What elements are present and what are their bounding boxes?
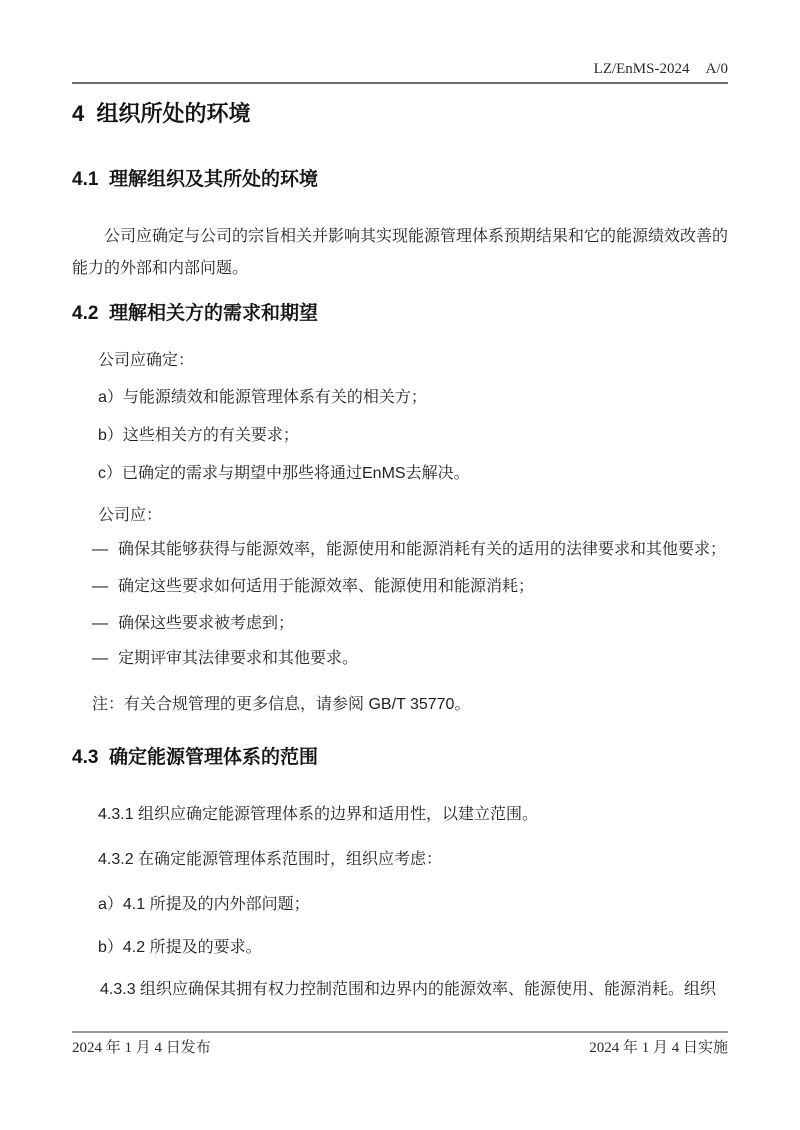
dash-bullet-icon: — [92,608,118,640]
header-divider [72,82,728,84]
dash-list-item: — 确保这些要求被考虑到； [72,608,728,640]
document-revision: A/0 [706,61,729,77]
list-item: a）与能源绩效和能源管理体系有关的相关方； [72,382,728,414]
document-page: LZ/EnMS-2024A/0 4 组织所处的环境 4.1 理解组织及其所处的环… [0,0,800,1130]
dash-item-text: 确保这些要求被考虑到； [118,608,294,640]
intro-line: 公司应： [72,500,728,532]
note-line: 注：有关合规管理的更多信息，请参阅 GB/T 35770。 [72,689,728,721]
paragraph-4-3-3: 4.3.3 组织应确保其拥有权力控制范围和边界内的能源效率、能源使用、能源消耗。… [72,974,728,1006]
dash-bullet-icon: — [92,534,118,566]
dash-bullet-icon: — [92,643,118,675]
intro-line: 公司应确定： [72,345,728,377]
document-body: 4 组织所处的环境 4.1 理解组织及其所处的环境 公司应确定与公司的宗旨相关并… [72,99,728,1006]
section-heading-4-2: 4.2 理解相关方的需求和期望 [72,301,728,327]
list-item: a）4.1 所提及的内外部问题； [72,889,728,921]
dash-list-item: — 确保其能够获得与能源效率，能源使用和能源消耗有关的适用的法律要求和其他要求； [72,534,728,566]
document-code: LZ/EnMS-2024 [594,61,690,77]
dash-list-item: — 定期评审其法律要求和其他要求。 [72,643,728,675]
paragraph-4-3-2: 4.3.2 在确定能源管理体系范围时，组织应考虑： [72,844,728,876]
section-heading-4-1: 4.1 理解组织及其所处的环境 [72,167,728,193]
paragraph-4-1: 公司应确定与公司的宗旨相关并影响其实现能源管理体系预期结果和它的能源绩效改善的能… [72,221,728,285]
chapter-title: 4 组织所处的环境 [72,99,728,129]
dash-item-text: 确定这些要求如何适用于能源效率、能源使用和能源消耗； [118,571,534,603]
list-item: b）4.2 所提及的要求。 [72,932,728,964]
dash-list-item: — 确定这些要求如何适用于能源效率、能源使用和能源消耗； [72,571,728,603]
footer-release-date: 2024 年 1 月 4 日发布 [72,1038,211,1058]
footer-divider [72,1031,728,1033]
dash-item-text: 确保其能够获得与能源效率，能源使用和能源消耗有关的适用的法律要求和其他要求； [118,534,726,566]
dash-item-text: 定期评审其法律要求和其他要求。 [118,643,358,675]
paragraph-4-3-1: 4.3.1 组织应确定能源管理体系的边界和适用性，以建立范围。 [72,799,728,831]
page-footer: 2024 年 1 月 4 日发布 2024 年 1 月 4 日实施 [72,1031,728,1058]
dash-bullet-icon: — [92,571,118,603]
document-code-line: LZ/EnMS-2024A/0 [72,60,728,78]
page-header: LZ/EnMS-2024A/0 [72,60,728,84]
list-item: b）这些相关方的有关要求； [72,420,728,452]
section-heading-4-3: 4.3 确定能源管理体系的范围 [72,745,728,771]
footer-implement-date: 2024 年 1 月 4 日实施 [589,1038,728,1058]
list-item: c）已确定的需求与期望中那些将通过EnMS去解决。 [72,458,728,490]
